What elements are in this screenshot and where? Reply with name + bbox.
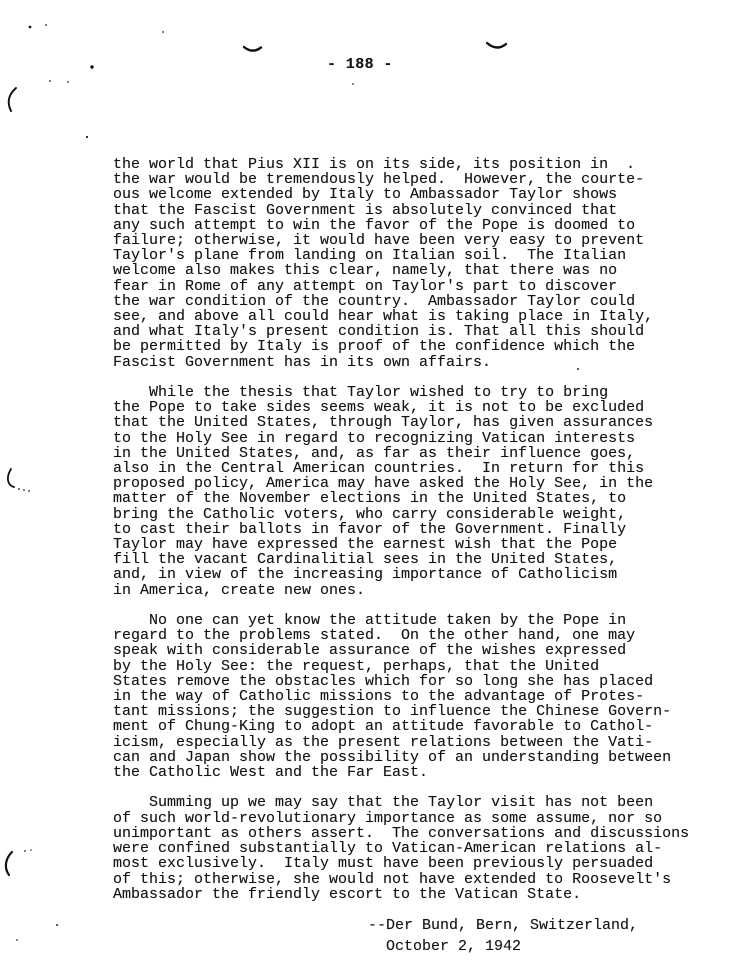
speck-2 [45, 24, 47, 26]
pen-mark-hook-mid-left [8, 469, 14, 487]
document-body: the world that Pius XII is on its side, … [113, 157, 713, 917]
pen-mark-hook-dot-3 [28, 490, 30, 492]
pen-mark-paren-bottom-left [6, 852, 12, 875]
speck-6 [67, 81, 69, 83]
speck-3 [162, 31, 164, 33]
pen-mark-dip-left [244, 47, 261, 51]
speck-8 [352, 83, 354, 85]
speck-7 [86, 136, 88, 138]
paragraph-3: No one can yet know the attitude taken b… [113, 613, 713, 780]
pen-mark-hook-dot-2 [23, 489, 25, 491]
speck-10 [30, 849, 32, 851]
paragraph-4: Summing up we may say that the Taylor vi… [113, 795, 713, 901]
speck-12 [16, 939, 18, 941]
pen-mark-hook-dot-1 [18, 488, 20, 490]
document-page: - 188 - the world that Pius XII is on it… [0, 0, 750, 972]
speck-11 [56, 924, 58, 926]
pen-mark-paren-top-left [9, 88, 16, 111]
speck-4 [90, 65, 93, 68]
paragraph-2: While the thesis that Taylor wished to t… [113, 385, 713, 598]
speck-9 [24, 850, 26, 852]
source-attribution: --Der Bund, Bern, Switzerland, October 2… [368, 915, 638, 957]
paragraph-1: the world that Pius XII is on its side, … [113, 157, 713, 370]
pen-mark-dip-right [487, 43, 506, 48]
speck-1 [29, 26, 32, 29]
speck-5 [49, 80, 51, 82]
page-number: - 188 - [327, 57, 393, 73]
